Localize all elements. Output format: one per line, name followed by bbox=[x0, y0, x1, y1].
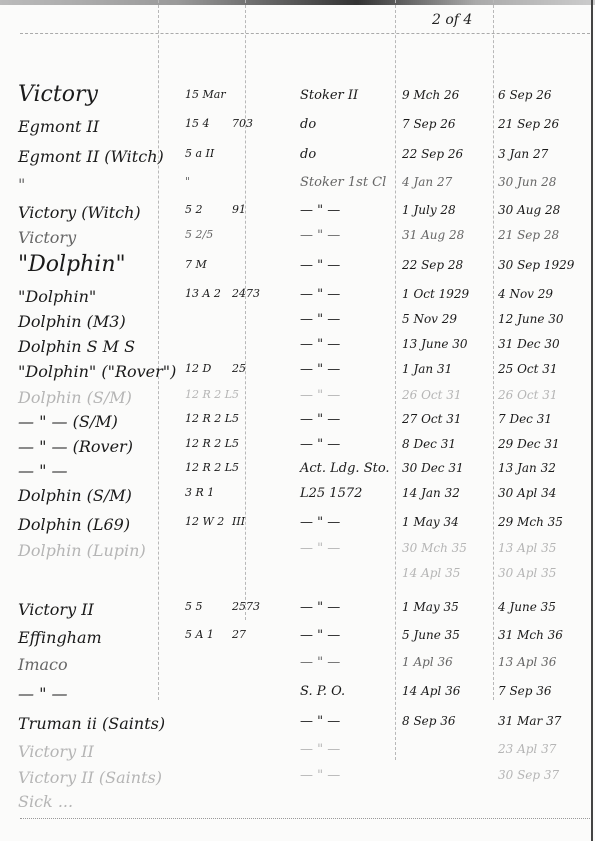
cell-from: 30 Dec 31 bbox=[402, 461, 464, 475]
table-row: Dolphin (S/M)3 R 1L25 157214 Jan 3230 Ap… bbox=[0, 486, 595, 512]
cell-num: 27 bbox=[232, 628, 246, 641]
cell-list: 5 A 1 bbox=[185, 628, 214, 641]
cell-from: 1 Oct 1929 bbox=[402, 287, 469, 301]
cell-ship: Truman ii (Saints) bbox=[18, 714, 165, 733]
cell-rate: — " — bbox=[300, 312, 340, 327]
cell-rate: Stoker 1st Cl bbox=[300, 175, 386, 190]
cell-ship: " bbox=[18, 175, 25, 194]
cell-from: 22 Sep 28 bbox=[402, 258, 463, 272]
cell-rate: — " — bbox=[300, 388, 340, 403]
cell-list: " bbox=[185, 175, 190, 188]
table-row: Victory II— " —23 Apl 37 bbox=[0, 742, 595, 768]
cell-num: 91 bbox=[232, 203, 246, 216]
cell-ship: Dolphin (S/M) bbox=[18, 486, 132, 505]
cell-num: 5 bbox=[232, 412, 239, 425]
cell-num: 5 bbox=[232, 437, 239, 450]
cell-ship: Imaco bbox=[18, 655, 68, 674]
cell-list: 15 Mar bbox=[185, 88, 226, 101]
cell-ship: Dolphin (M3) bbox=[18, 312, 126, 331]
cell-ship: Victory II bbox=[18, 742, 94, 761]
cell-ship: Dolphin (Lupin) bbox=[18, 541, 146, 560]
cell-ship: — " — (S/M) bbox=[18, 412, 118, 431]
cell-from: 30 Mch 35 bbox=[402, 541, 467, 555]
table-row: Sick ... bbox=[0, 792, 595, 818]
cell-from: 5 June 35 bbox=[402, 628, 460, 642]
cell-list: 5 a II bbox=[185, 147, 214, 160]
cell-from: 22 Sep 26 bbox=[402, 147, 463, 161]
cell-to: 25 Oct 31 bbox=[498, 362, 558, 376]
cell-num: 2473 bbox=[232, 287, 260, 300]
cell-from: 1 May 35 bbox=[402, 600, 459, 614]
cell-num: 5 bbox=[232, 461, 239, 474]
cell-list: 12 R 2 L bbox=[185, 412, 232, 425]
table-row: Truman ii (Saints)— " —8 Sep 3631 Mar 37 bbox=[0, 714, 595, 740]
cell-to: 12 June 30 bbox=[498, 312, 564, 326]
table-row: Dolphin (M3)— " —5 Nov 2912 June 30 bbox=[0, 312, 595, 338]
cell-rate: S. P. O. bbox=[300, 684, 345, 699]
table-row: "Dolphin"7 M— " —22 Sep 2830 Sep 1929 bbox=[0, 258, 595, 284]
table-row: — " — (S/M)12 R 2 L5— " —27 Oct 317 Dec … bbox=[0, 412, 595, 438]
cell-num: 2573 bbox=[232, 600, 260, 613]
cell-ship: Victory II (Saints) bbox=[18, 768, 162, 787]
cell-list: 12 D bbox=[185, 362, 211, 375]
cell-from: 1 May 34 bbox=[402, 515, 459, 529]
page-number: 2 of 4 bbox=[432, 12, 472, 28]
cell-rate: do bbox=[300, 147, 316, 162]
cell-from: 13 June 30 bbox=[402, 337, 468, 351]
table-row: Victory II5 52573— " —1 May 354 June 35 bbox=[0, 600, 595, 626]
cell-ship: Victory II bbox=[18, 600, 94, 619]
table-row: — " —12 R 2 L5Act. Ldg. Sto.30 Dec 3113 … bbox=[0, 461, 595, 487]
cell-rate: — " — bbox=[300, 768, 340, 783]
cell-to: 7 Sep 36 bbox=[498, 684, 552, 698]
cell-rate: — " — bbox=[300, 362, 340, 377]
cell-list: 12 R 2 L bbox=[185, 437, 232, 450]
table-row: Egmont II15 4703do7 Sep 2621 Sep 26 bbox=[0, 117, 595, 143]
header-rule bbox=[20, 33, 590, 34]
table-row: "Dolphin" ("Rover")12 D25— " —1 Jan 3125… bbox=[0, 362, 595, 388]
cell-from: 27 Oct 31 bbox=[402, 412, 462, 426]
cell-ship: Victory bbox=[18, 228, 76, 247]
cell-ship: Victory (Witch) bbox=[18, 203, 141, 222]
cell-to: 4 June 35 bbox=[498, 600, 556, 614]
table-row: "Dolphin"13 A 22473— " —1 Oct 19294 Nov … bbox=[0, 287, 595, 313]
cell-ship: — " — (Rover) bbox=[18, 437, 133, 456]
cell-to: 30 Aug 28 bbox=[498, 203, 560, 217]
cell-from: 4 Jan 27 bbox=[402, 175, 452, 189]
cell-ship: "Dolphin" bbox=[18, 287, 96, 306]
cell-to: 29 Dec 31 bbox=[498, 437, 560, 451]
cell-rate: do bbox=[300, 117, 316, 132]
cell-from: 1 Jan 31 bbox=[402, 362, 452, 376]
cell-to: 30 Jun 28 bbox=[498, 175, 556, 189]
cell-ship: Dolphin (L69) bbox=[18, 515, 130, 534]
cell-rate: — " — bbox=[300, 258, 340, 273]
cell-to: 6 Sep 26 bbox=[498, 88, 552, 102]
cell-list: 12 W 2 bbox=[185, 515, 224, 528]
cell-to: 31 Mch 36 bbox=[498, 628, 563, 642]
cell-to: 4 Nov 29 bbox=[498, 287, 553, 301]
cell-rate: — " — bbox=[300, 228, 340, 243]
table-row: — " — (Rover)12 R 2 L5— " —8 Dec 3129 De… bbox=[0, 437, 595, 463]
table-row: Victory5 2/5— " —31 Aug 2821 Sep 28 bbox=[0, 228, 595, 254]
cell-to: 7 Dec 31 bbox=[498, 412, 552, 426]
cell-ship: Dolphin S M S bbox=[18, 337, 135, 356]
cell-rate: — " — bbox=[300, 742, 340, 757]
cell-num: 703 bbox=[232, 117, 253, 130]
cell-from: 8 Sep 36 bbox=[402, 714, 456, 728]
cell-num: III bbox=[232, 515, 245, 528]
cell-list: 13 A 2 bbox=[185, 287, 221, 300]
cell-list: 3 R 1 bbox=[185, 486, 214, 499]
cell-ship: — " — bbox=[18, 684, 68, 703]
cell-from: 7 Sep 26 bbox=[402, 117, 456, 131]
cell-to: 31 Mar 37 bbox=[498, 714, 561, 728]
cell-from: 14 Apl 36 bbox=[402, 684, 460, 698]
cell-ship: Victory bbox=[18, 82, 98, 107]
document-page: 2 of 4 Victory15 MarStoker II9 Mch 266 S… bbox=[0, 0, 595, 841]
cell-ship: "Dolphin" bbox=[18, 252, 126, 277]
cell-to: 26 Oct 31 bbox=[498, 388, 558, 402]
cell-to: 30 Apl 34 bbox=[498, 486, 556, 500]
cell-from: 9 Mch 26 bbox=[402, 88, 459, 102]
cell-ship: — " — bbox=[18, 461, 68, 480]
table-row: Victory15 MarStoker II9 Mch 266 Sep 26 bbox=[0, 88, 595, 114]
cell-rate: — " — bbox=[300, 437, 340, 452]
cell-rate: Act. Ldg. Sto. bbox=[300, 461, 390, 476]
cell-list: 5 2 bbox=[185, 203, 203, 216]
cell-rate: — " — bbox=[300, 203, 340, 218]
cell-list: 5 5 bbox=[185, 600, 203, 613]
cell-to: 3 Jan 27 bbox=[498, 147, 548, 161]
cell-from: 1 Apl 36 bbox=[402, 655, 453, 669]
cell-rate: Stoker II bbox=[300, 88, 358, 103]
table-row: — " —S. P. O.14 Apl 367 Sep 36 bbox=[0, 684, 595, 710]
table-row: Dolphin (S/M)12 R 2 L5— " —26 Oct 3126 O… bbox=[0, 388, 595, 414]
cell-rate: — " — bbox=[300, 655, 340, 670]
table-row: Victory (Witch)5 291— " —1 July 2830 Aug… bbox=[0, 203, 595, 229]
cell-rate: — " — bbox=[300, 412, 340, 427]
table-row: 14 Apl 3530 Apl 35 bbox=[0, 566, 595, 592]
cell-to: 31 Dec 30 bbox=[498, 337, 560, 351]
cell-rate: — " — bbox=[300, 337, 340, 352]
cell-rate: L25 1572 bbox=[300, 486, 362, 501]
cell-rate: — " — bbox=[300, 628, 340, 643]
cell-num: 25 bbox=[232, 362, 246, 375]
cell-from: 14 Apl 35 bbox=[402, 566, 460, 580]
cell-to: 30 Sep 37 bbox=[498, 768, 559, 782]
cell-ship: Egmont II bbox=[18, 117, 99, 136]
cell-from: 8 Dec 31 bbox=[402, 437, 456, 451]
cell-list: 15 4 bbox=[185, 117, 210, 130]
cell-to: 23 Apl 37 bbox=[498, 742, 556, 756]
cell-rate: — " — bbox=[300, 515, 340, 530]
cell-from: 1 July 28 bbox=[402, 203, 456, 217]
scan-top-band bbox=[0, 0, 595, 5]
cell-from: 14 Jan 32 bbox=[402, 486, 460, 500]
table-row: Dolphin (Lupin)— " —30 Mch 3513 Apl 35 bbox=[0, 541, 595, 567]
table-row: Egmont II (Witch)5 a IIdo22 Sep 263 Jan … bbox=[0, 147, 595, 173]
cell-rate: — " — bbox=[300, 714, 340, 729]
cell-from: 5 Nov 29 bbox=[402, 312, 457, 326]
cell-to: 21 Sep 28 bbox=[498, 228, 559, 242]
cell-ship: Egmont II (Witch) bbox=[18, 147, 164, 166]
cell-list: 5 2/5 bbox=[185, 228, 213, 241]
cell-num: 5 bbox=[232, 388, 239, 401]
table-row: Imaco— " —1 Apl 3613 Apl 36 bbox=[0, 655, 595, 681]
cell-to: 30 Apl 35 bbox=[498, 566, 556, 580]
cell-list: 12 R 2 L bbox=[185, 461, 232, 474]
cell-rate: — " — bbox=[300, 287, 340, 302]
cell-rate: — " — bbox=[300, 541, 340, 556]
cell-rate: — " — bbox=[300, 600, 340, 615]
cell-to: 13 Apl 36 bbox=[498, 655, 556, 669]
cell-ship: Effingham bbox=[18, 628, 102, 647]
cell-to: 30 Sep 1929 bbox=[498, 258, 574, 272]
cell-ship: Dolphin (S/M) bbox=[18, 388, 132, 407]
cell-list: 12 R 2 L bbox=[185, 388, 232, 401]
cell-to: 13 Jan 32 bbox=[498, 461, 556, 475]
table-row: Dolphin (L69)12 W 2III— " —1 May 3429 Mc… bbox=[0, 515, 595, 541]
cell-from: 26 Oct 31 bbox=[402, 388, 462, 402]
cell-to: 13 Apl 35 bbox=[498, 541, 556, 555]
cell-from: 31 Aug 28 bbox=[402, 228, 464, 242]
table-row: Victory II (Saints)— " —30 Sep 37 bbox=[0, 768, 595, 794]
cell-ship: "Dolphin" ("Rover") bbox=[18, 362, 176, 381]
cell-list: 7 M bbox=[185, 258, 207, 271]
footer-rule bbox=[20, 818, 590, 819]
cell-ship: Sick ... bbox=[18, 792, 73, 811]
cell-to: 21 Sep 26 bbox=[498, 117, 559, 131]
table-row: ""Stoker 1st Cl4 Jan 2730 Jun 28 bbox=[0, 175, 595, 201]
cell-to: 29 Mch 35 bbox=[498, 515, 563, 529]
table-row: Effingham5 A 127— " —5 June 3531 Mch 36 bbox=[0, 628, 595, 654]
table-row: Dolphin S M S— " —13 June 3031 Dec 30 bbox=[0, 337, 595, 363]
